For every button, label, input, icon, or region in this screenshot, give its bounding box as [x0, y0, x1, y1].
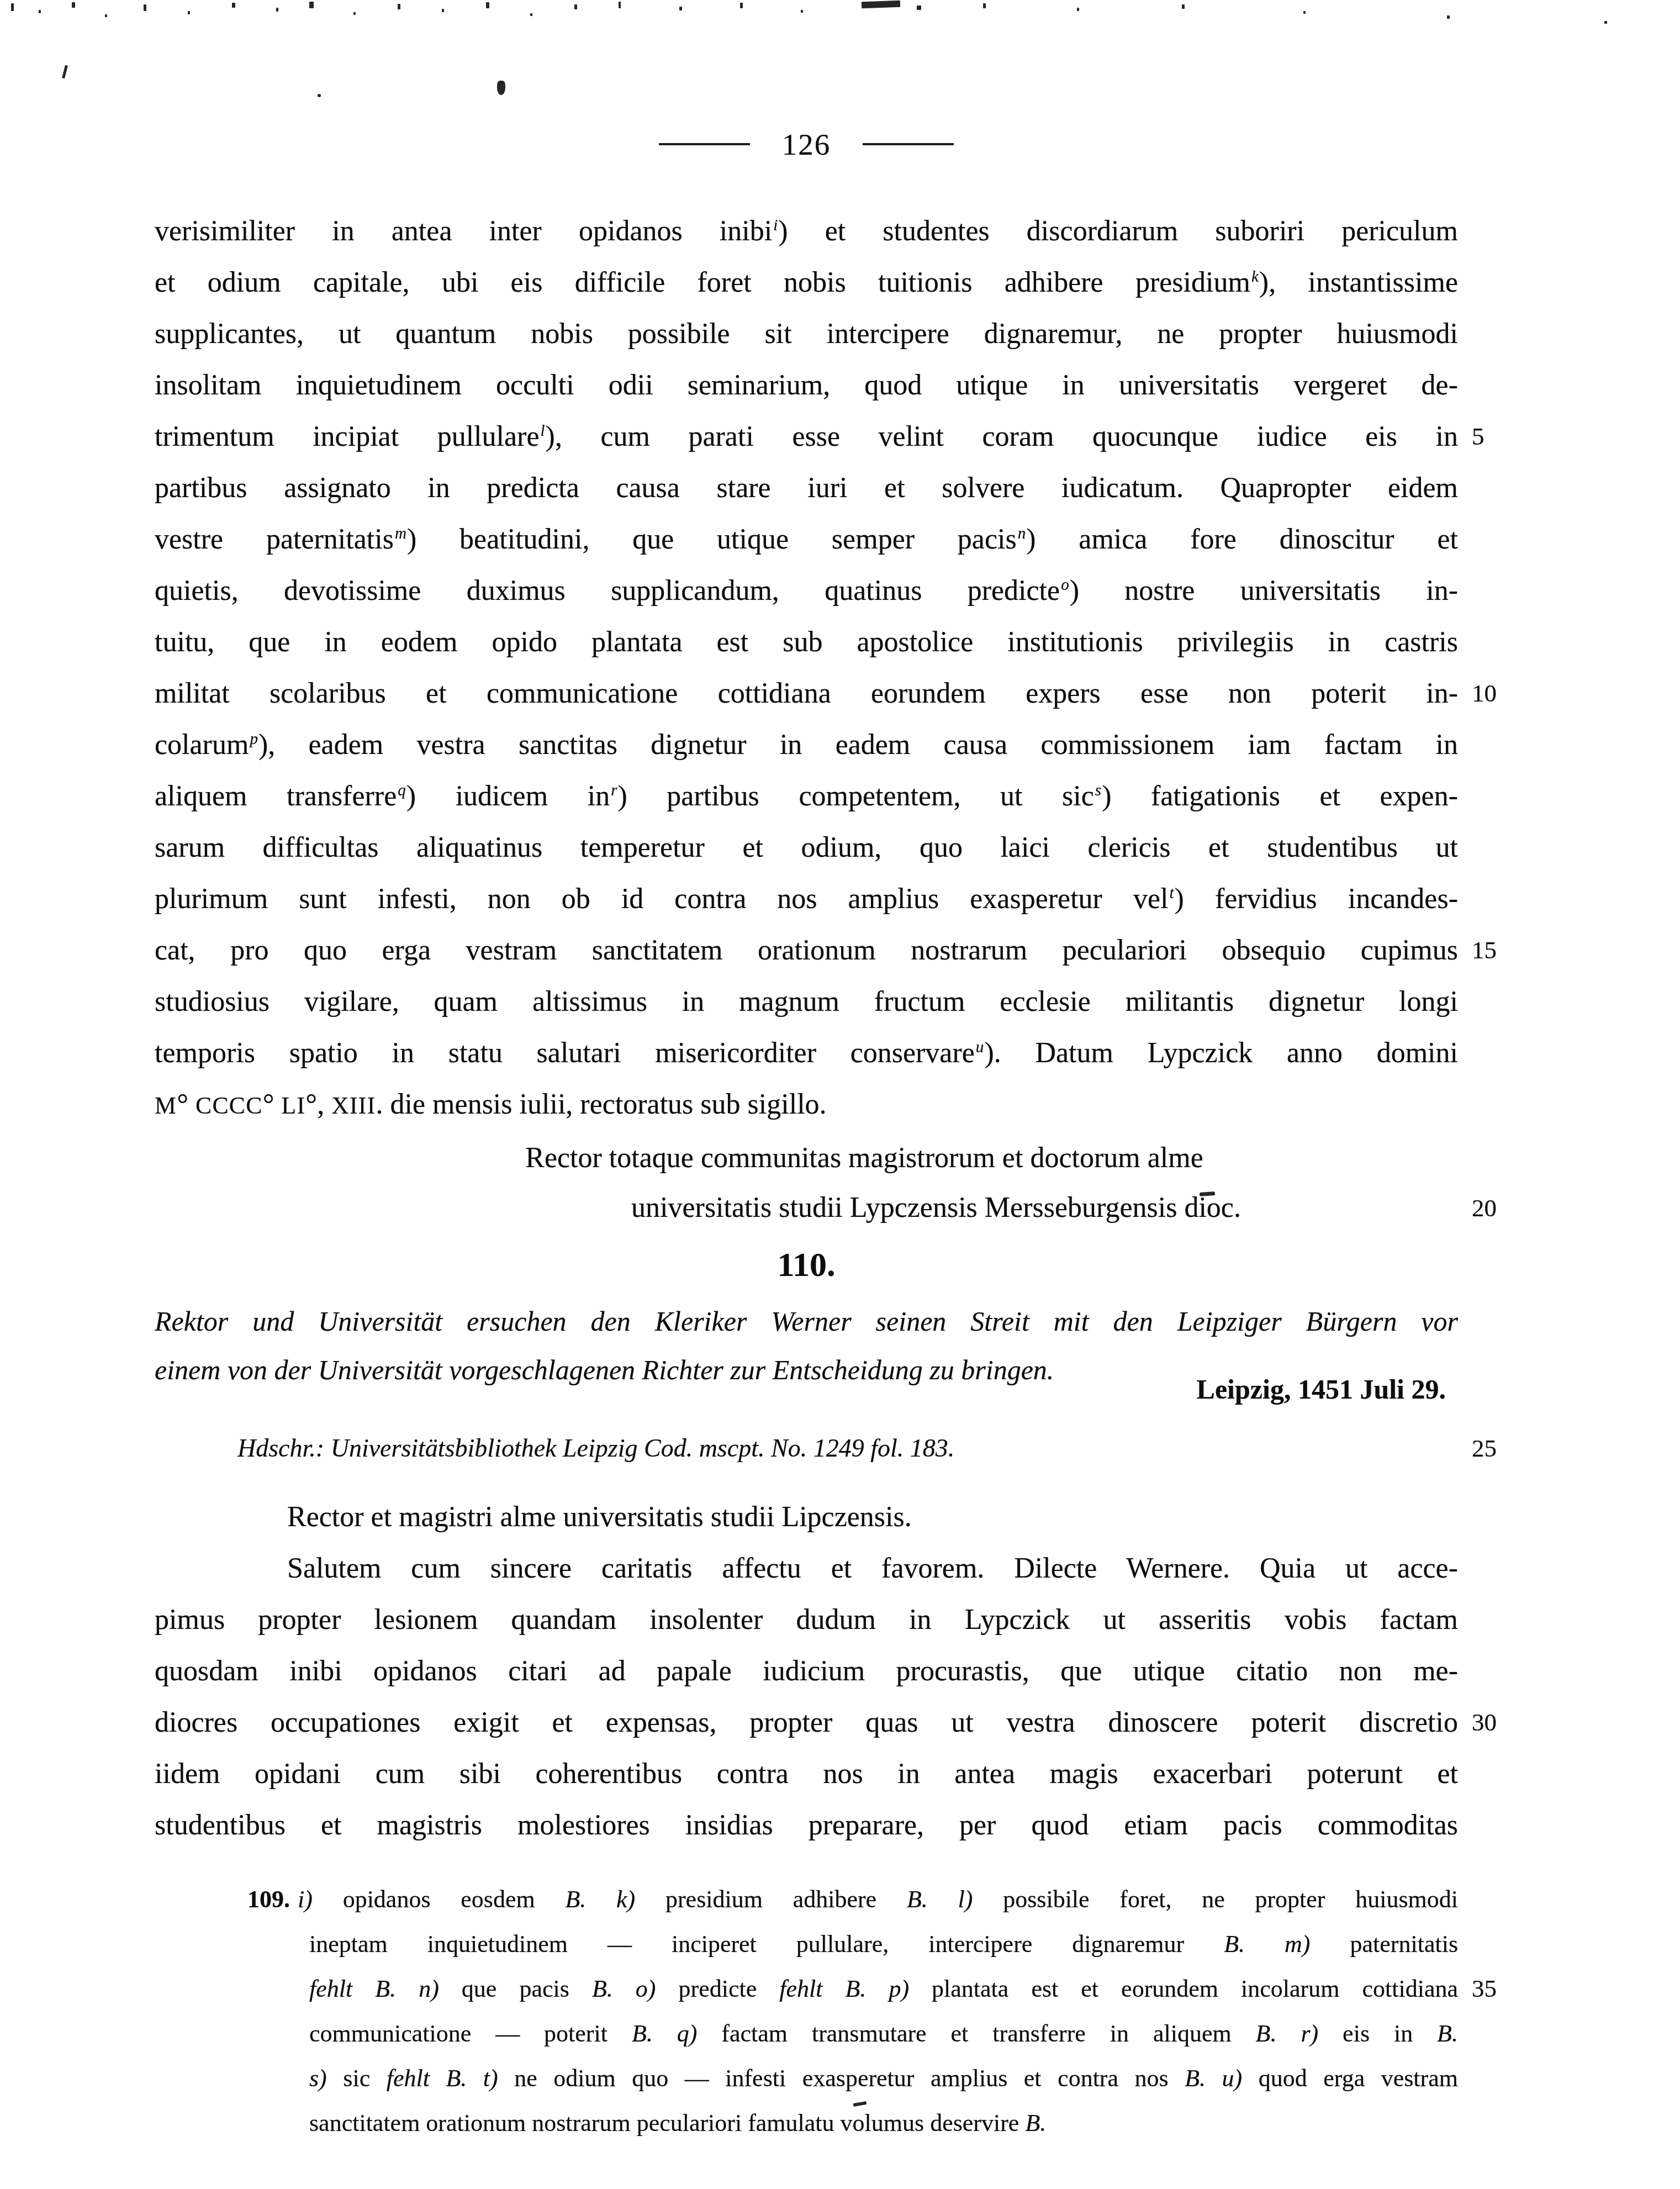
margin-line-number: 5: [1472, 411, 1538, 462]
margin-line-number: 30: [1472, 1697, 1538, 1748]
page-number: 126: [782, 127, 831, 162]
text-line: vestre paternitatism) beatitudini, que u…: [155, 514, 1458, 565]
text-line: temporis spatio in statu salutari miseri…: [155, 1027, 1458, 1079]
text-line: partibus assignato in predicta causa sta…: [155, 462, 1458, 514]
footnotes-doc109: 109.i) opidanos eosdem B. k) presidium a…: [155, 1877, 1458, 2145]
doc110-dateline: Leipzig, 1451 Juli 29.: [155, 1373, 1458, 1405]
doc110-text: Rector et magistri alme universitatis st…: [155, 1491, 1458, 1851]
signature-line: Rector totaque communitas magistrorum et…: [155, 1133, 1458, 1183]
text-line: sarum difficultas aliquatinus temperetur…: [155, 822, 1458, 873]
footnote-line: s) sic fehlt B. t) ne odium quo — infest…: [155, 2056, 1458, 2101]
footnote-line: communicatione — poterit B. q) factam tr…: [155, 2011, 1458, 2056]
text-line: iidem opidani cum sibi coherentibus cont…: [155, 1748, 1458, 1800]
footnote-line: fehlt B. n) que pacis B. o) predicte feh…: [155, 1966, 1458, 2011]
text-line: Rector et magistri alme universitatis st…: [155, 1491, 1458, 1543]
doc110-source: Hdschr.: Universitätsbibliothek Leipzig …: [155, 1426, 1458, 1470]
margin-line-number: 35: [1472, 1966, 1538, 2011]
text-line: trimentum incipiat pullularel), cum para…: [155, 411, 1458, 462]
text-line: plurimum sunt infesti, non ob id contra …: [155, 873, 1458, 925]
text-line: insolitam inquietudinem occulti odii sem…: [155, 360, 1458, 411]
page-header: 126: [155, 125, 1458, 163]
footnote-number: 109.: [247, 1886, 298, 1913]
text-line: quosdam inibi opidanos citari ad papale …: [155, 1645, 1458, 1697]
signature-line: universitatis studii Lypczensis Merssebu…: [155, 1183, 1458, 1233]
footnote-line: ineptam inquietudinem — inciperet pullul…: [155, 1922, 1458, 1966]
doc110-heading: 110.: [155, 1246, 1458, 1285]
doc109-text: verisimiliter in antea inter opidanos in…: [155, 205, 1458, 1132]
scanned-book-page: 126 verisimiliter in antea inter opidano…: [0, 0, 1680, 2189]
header-rule-right: [863, 143, 954, 145]
margin-line-number: 10: [1472, 668, 1538, 719]
margin-line-number: 15: [1472, 925, 1538, 976]
text-line: quietis, devotissime duximus supplicandu…: [155, 565, 1458, 616]
footnote-line: 109.i) opidanos eosdem B. k) presidium a…: [155, 1877, 1458, 1922]
source-line: Hdschr.: Universitätsbibliothek Leipzig …: [155, 1426, 1458, 1470]
text-line: colarump), eadem vestra sanctitas dignet…: [155, 719, 1458, 771]
text-line: tuitu, que in eodem opido plantata est s…: [155, 616, 1458, 668]
text-line: militat scolaribus et communicatione cot…: [155, 668, 1458, 719]
text-line: studentibus et magistris molestiores ins…: [155, 1800, 1458, 1851]
text-line: pimus propter lesionem quandam insolente…: [155, 1594, 1458, 1645]
text-line: diocres occupationes exigit et expensas,…: [155, 1697, 1458, 1748]
header-rule-left: [659, 143, 750, 145]
footnote-line: sanctitatem orationum nostrarum peculari…: [155, 2101, 1458, 2145]
text-line-datum: M° CCCC° LI°, XIII. die mensis iulii, re…: [155, 1079, 1458, 1132]
text-line: Salutem cum sincere caritatis affectu et…: [155, 1543, 1458, 1594]
margin-line-number: 25: [1472, 1426, 1538, 1470]
text-line: verisimiliter in antea inter opidanos in…: [155, 205, 1458, 257]
text-line: et odium capitale, ubi eis difficile for…: [155, 257, 1458, 308]
text-line: aliquem transferreq) iudicem inr) partib…: [155, 771, 1458, 822]
text-line: cat, pro quo erga vestram sanctitatem or…: [155, 925, 1458, 976]
margin-line-number: 20: [1472, 1183, 1538, 1233]
text-line: supplicantes, ut quantum nobis possibile…: [155, 308, 1458, 360]
summary-line: Rektor und Universität ersuchen den Kler…: [155, 1297, 1458, 1346]
doc109-signature: Rector totaque communitas magistrorum et…: [155, 1133, 1458, 1233]
text-line: studiosius vigilare, quam altissimus in …: [155, 976, 1458, 1027]
